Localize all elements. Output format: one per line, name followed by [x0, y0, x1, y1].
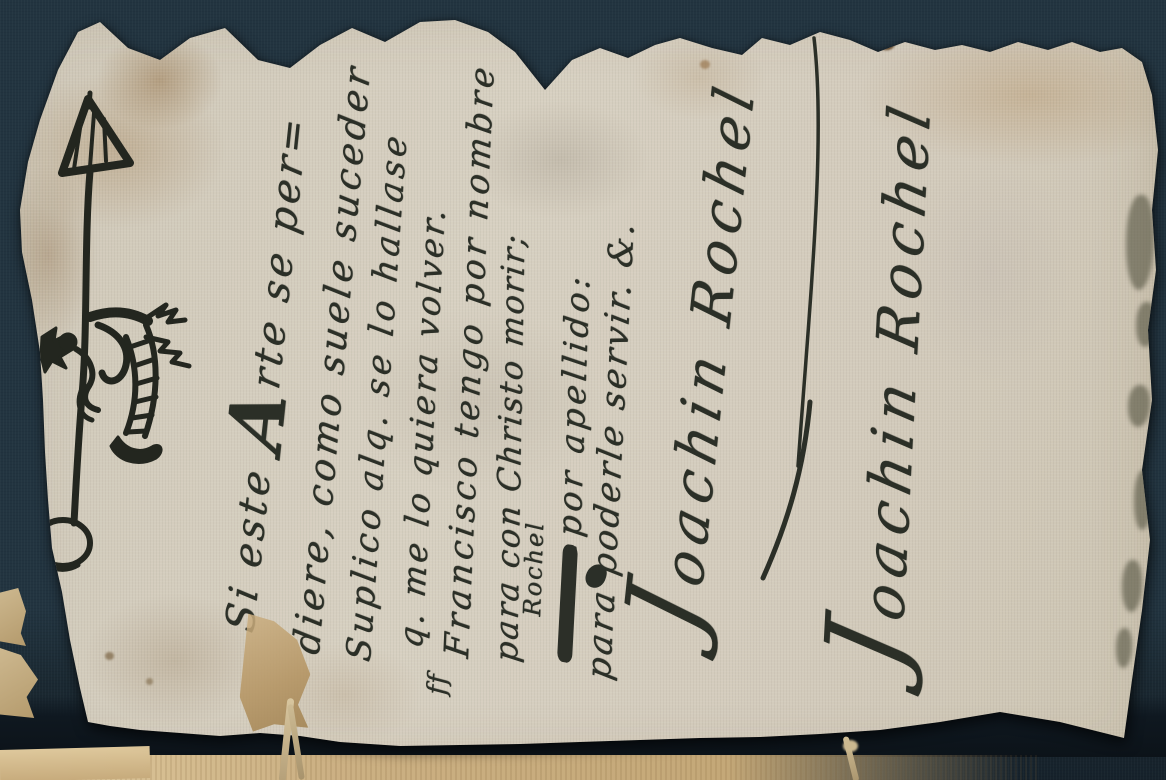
- ink-stain-spot: [878, 36, 895, 50]
- rubric-flourish: [0, 0, 1166, 780]
- fox-spot: [146, 678, 153, 685]
- manuscript-page-wrap: Si este Arte se per= diere, como suele s…: [0, 0, 1166, 780]
- fox-spot: [700, 60, 710, 69]
- edge-stain: [1136, 302, 1156, 347]
- photo-backdrop: { "scene": { "description": "Photograph …: [0, 0, 1166, 780]
- manuscript-page: Si este Arte se per= diere, como suele s…: [0, 0, 1166, 780]
- edge-stain: [1134, 470, 1152, 530]
- thread-knot: [843, 740, 858, 752]
- fox-spot: [105, 652, 114, 660]
